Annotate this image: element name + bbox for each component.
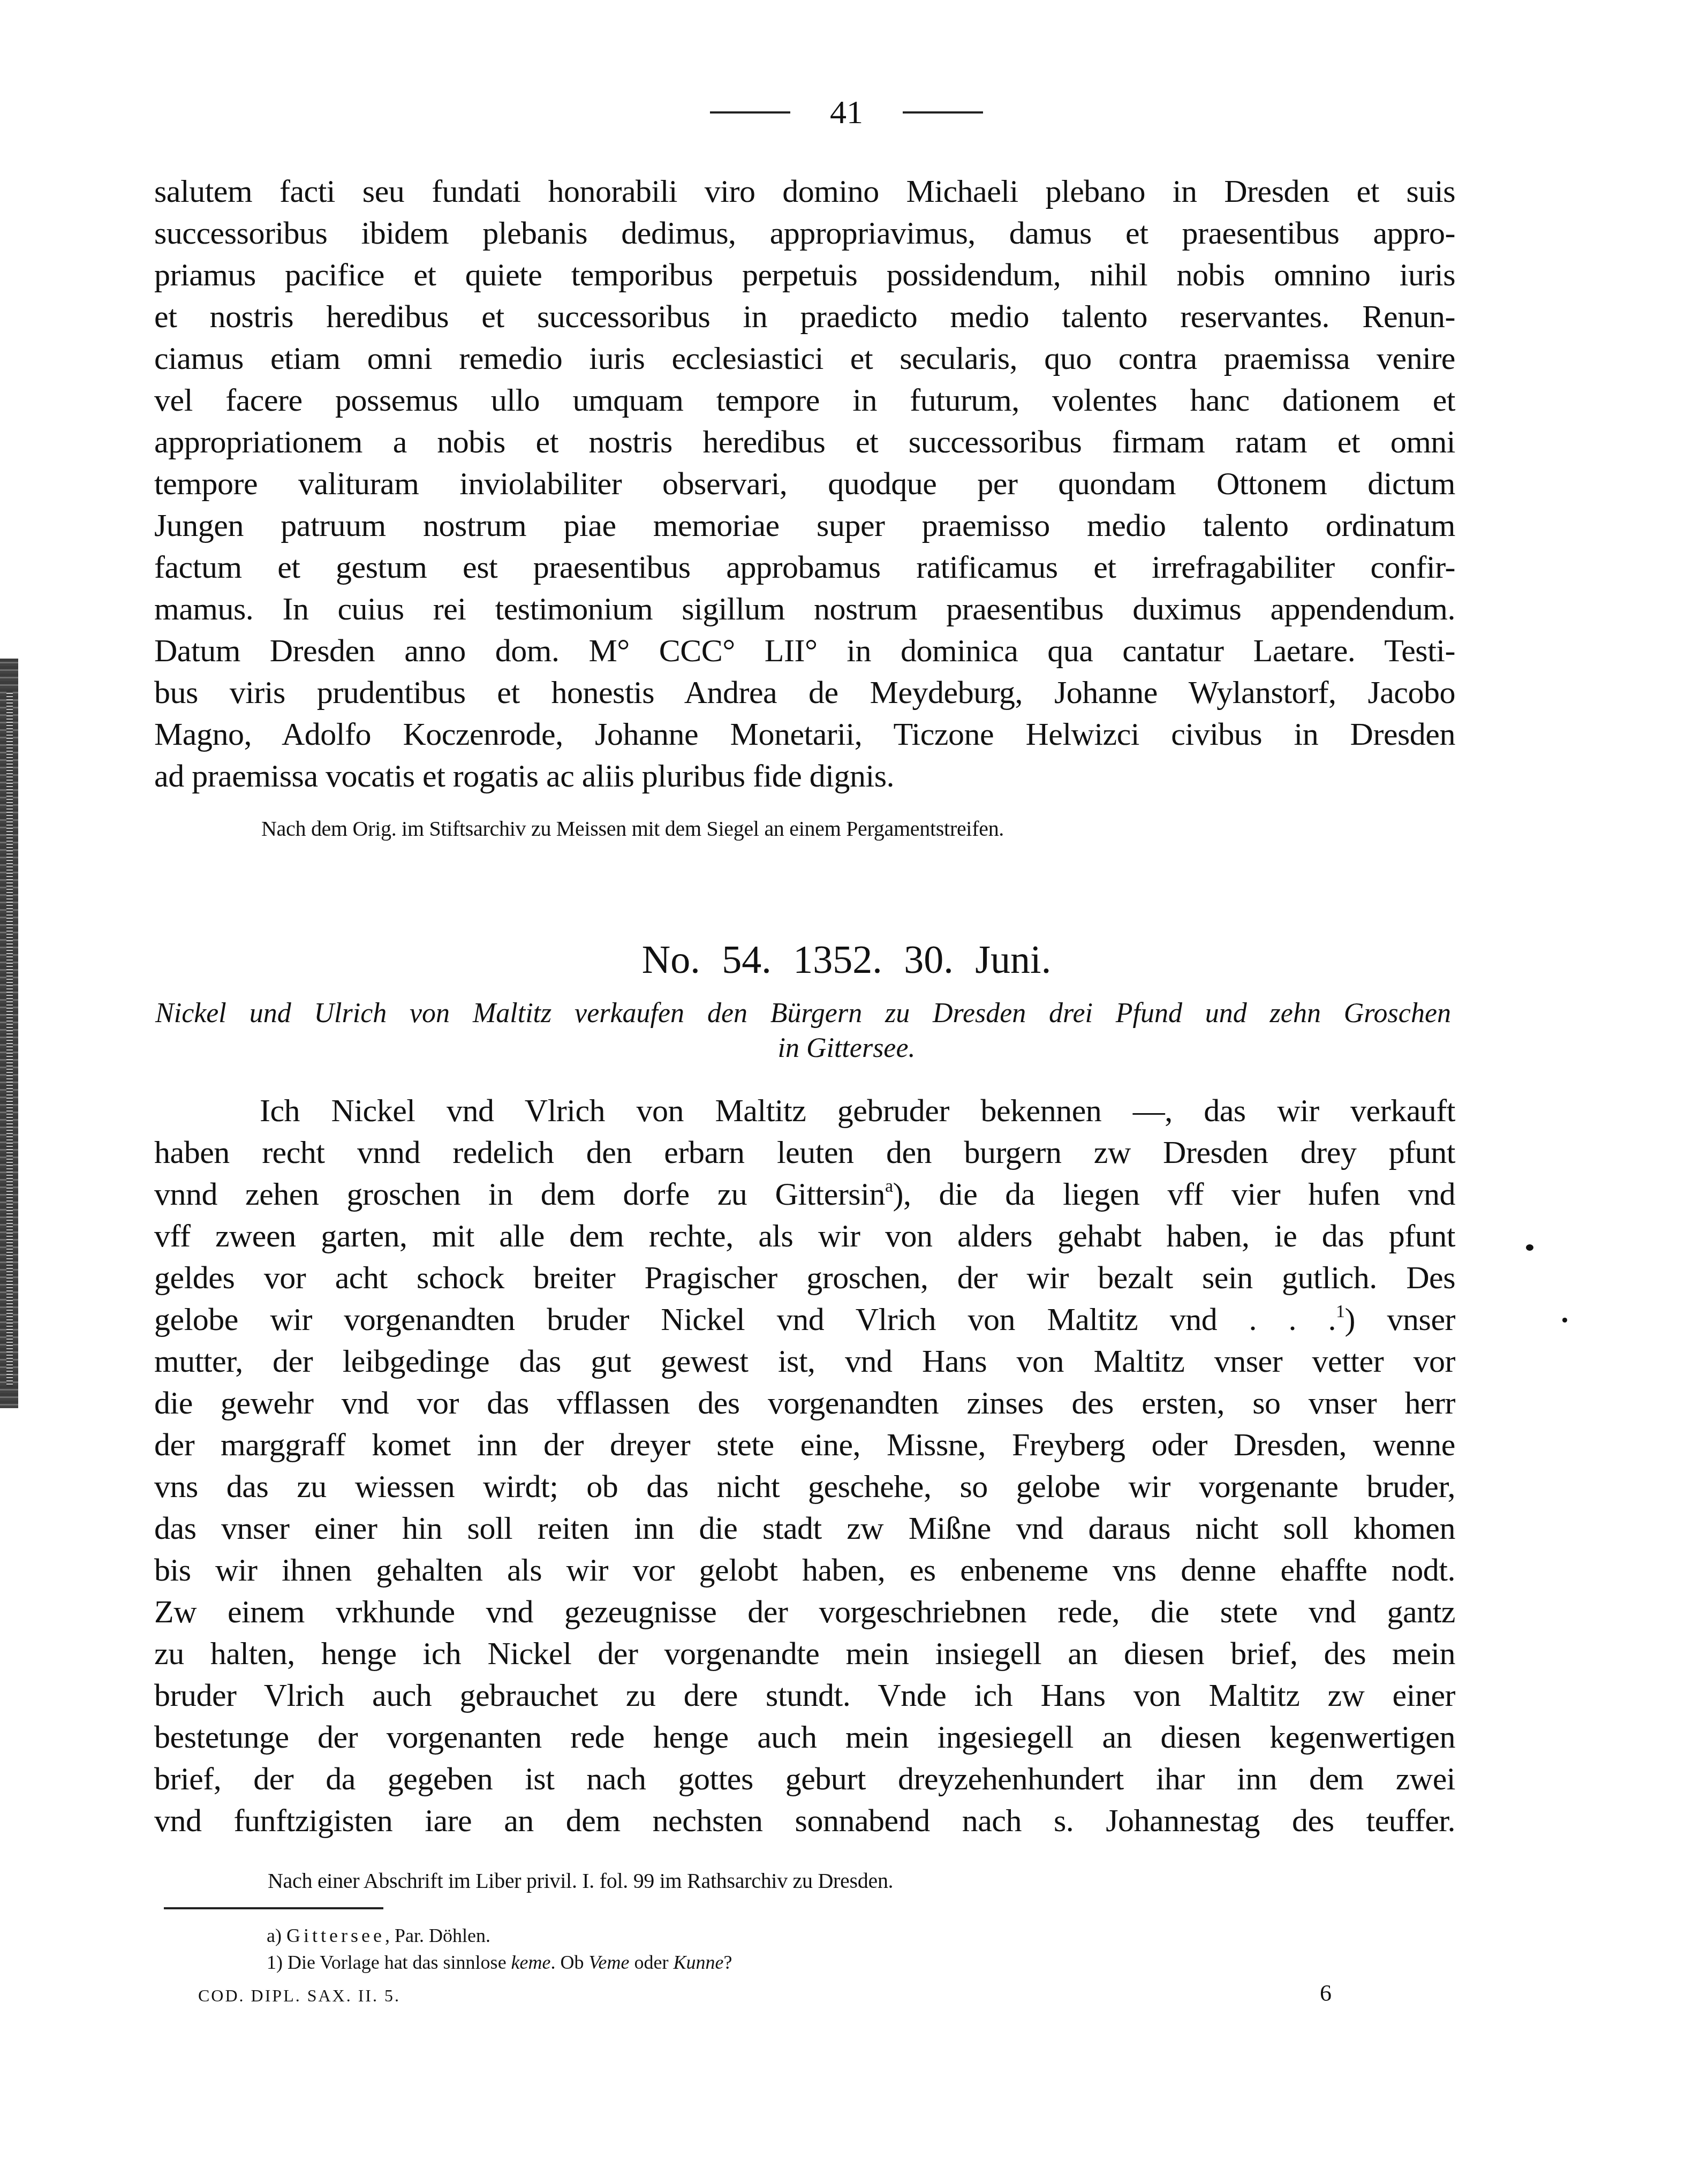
- text-line: successoribus ibidem plebanis dedimus, a…: [154, 212, 1455, 254]
- text-line: appropriationem a nobis et nostris hered…: [154, 421, 1455, 463]
- text-line: et nostris heredibus et successoribus in…: [154, 296, 1455, 337]
- footnote-italic: keme: [511, 1952, 551, 1973]
- text-line: die gewehr vnd vor das vfflassen des vor…: [154, 1382, 1455, 1424]
- text-line: haben recht vnnd redelich den erbarn leu…: [154, 1131, 1455, 1173]
- footnote-italic: Veme: [589, 1952, 630, 1973]
- text-line: Datum Dresden anno dom. M° CCC° LII° in …: [154, 630, 1455, 671]
- footnote-rule: [164, 1907, 383, 1909]
- header-rule-right: [903, 111, 983, 114]
- text-line: zu halten, henge ich Nickel der vorgenan…: [154, 1633, 1455, 1674]
- scan-speck: [1562, 1318, 1567, 1323]
- text-fragment: ) vnser: [1345, 1302, 1455, 1337]
- header-rule-left: [710, 111, 790, 114]
- text-line: vel facere possemus ullo umquam tempore …: [154, 379, 1455, 421]
- text-line: factum et gestum est praesentibus approb…: [154, 546, 1455, 588]
- footnote-ref-1: 1: [1336, 1302, 1345, 1321]
- text-line: bestetunge der vorgenanten rede henge au…: [154, 1716, 1455, 1758]
- footnote-text: ?: [723, 1952, 732, 1973]
- text-line: gelobe wir vorgenandten bruder Nickel vn…: [154, 1298, 1455, 1340]
- footnote-label: a): [267, 1925, 282, 1946]
- scan-speck: [1526, 1244, 1533, 1251]
- text-line: Ich Nickel vnd Vlrich von Maltitz gebrud…: [260, 1090, 1455, 1131]
- footnote-place: Gittersee: [286, 1925, 385, 1946]
- text-line: vnd funftzigisten iare an dem nechsten s…: [154, 1800, 1455, 1841]
- text-line: ciamus etiam omni remedio iuris ecclesia…: [154, 337, 1455, 379]
- text-fragment: vnnd zehen groschen in dem dorfe zu Gitt…: [154, 1176, 885, 1212]
- text-line: salutem facti seu fundati honorabili vir…: [154, 170, 1455, 212]
- text-line: priamus pacifice et quiete temporibus pe…: [154, 254, 1455, 296]
- text-fragment: ), die da liegen vff vier hufen vnd: [893, 1176, 1455, 1212]
- footnote-text: , Par. Döhlen.: [385, 1925, 490, 1946]
- text-line: mutter, der leibgedinge das gut gewest i…: [154, 1340, 1455, 1382]
- document-title: No. 54. 1352. 30. Juni.: [0, 934, 1693, 986]
- page-number: 41: [792, 91, 901, 134]
- footnote-label: 1): [267, 1952, 283, 1973]
- page-header: 41: [0, 91, 1693, 134]
- text-line: mamus. In cuius rei testimonium sigillum…: [154, 588, 1455, 630]
- regest-line: Nickel und Ulrich von Maltitz verkaufen …: [155, 996, 1451, 1031]
- footnote-1: 1) Die Vorlage hat das sinnlose keme. Ob…: [267, 1949, 732, 1976]
- text-line: der marggraff komet inn der dreyer stete…: [154, 1424, 1455, 1465]
- text-line: brief, der da gegeben ist nach gottes ge…: [154, 1758, 1455, 1800]
- source-note: Nach einer Abschrift im Liber privil. I.…: [268, 1866, 893, 1896]
- text-line: bis wir ihnen gehalten als wir vor gelob…: [154, 1549, 1455, 1591]
- book-page: 41 salutem facti seu fundati honorabili …: [0, 0, 1693, 2184]
- regest-line: in Gittersee.: [0, 1031, 1693, 1066]
- text-line: das vnser einer hin soll reiten inn die …: [154, 1507, 1455, 1549]
- footnote-a: a) Gittersee, Par. Döhlen.: [267, 1922, 490, 1949]
- footnote-text: Die Vorlage hat das sinnlose: [288, 1952, 507, 1973]
- text-line: vns das zu wiessen wirdt; ob das nicht g…: [154, 1465, 1455, 1507]
- text-line: bus viris prudentibus et honestis Andrea…: [154, 671, 1455, 713]
- text-line: ad praemissa vocatis et rogatis ac aliis…: [154, 755, 1455, 797]
- source-note: Nach dem Orig. im Stiftsarchiv zu Meisse…: [261, 814, 1004, 844]
- text-line: Magno, Adolfo Koczenrode, Johanne Moneta…: [154, 713, 1455, 755]
- footnote-italic: Kunne: [673, 1952, 723, 1973]
- footnote-ref-a: a: [885, 1176, 893, 1196]
- text-line: tempore valituram inviolabiliter observa…: [154, 463, 1455, 504]
- printer-signature: COD. DIPL. SAX. II. 5.: [198, 1984, 400, 2007]
- text-fragment: gelobe wir vorgenandten bruder Nickel vn…: [154, 1302, 1336, 1337]
- footnote-text: oder: [634, 1952, 669, 1973]
- text-line: Jungen patruum nostrum piae memoriae sup…: [154, 504, 1455, 546]
- text-line: geldes vor acht schock breiter Pragische…: [154, 1257, 1455, 1298]
- text-line: bruder Vlrich auch gebrauchet zu dere st…: [154, 1674, 1455, 1716]
- text-line: vnnd zehen groschen in dem dorfe zu Gitt…: [154, 1173, 1455, 1215]
- text-line: Zw einem vrkhunde vnd gezeugnisse der vo…: [154, 1591, 1455, 1633]
- text-line: vff zween garten, mit alle dem rechte, a…: [154, 1215, 1455, 1257]
- footnote-text: . Ob: [551, 1952, 584, 1973]
- sheet-number: 6: [1320, 1978, 1332, 2008]
